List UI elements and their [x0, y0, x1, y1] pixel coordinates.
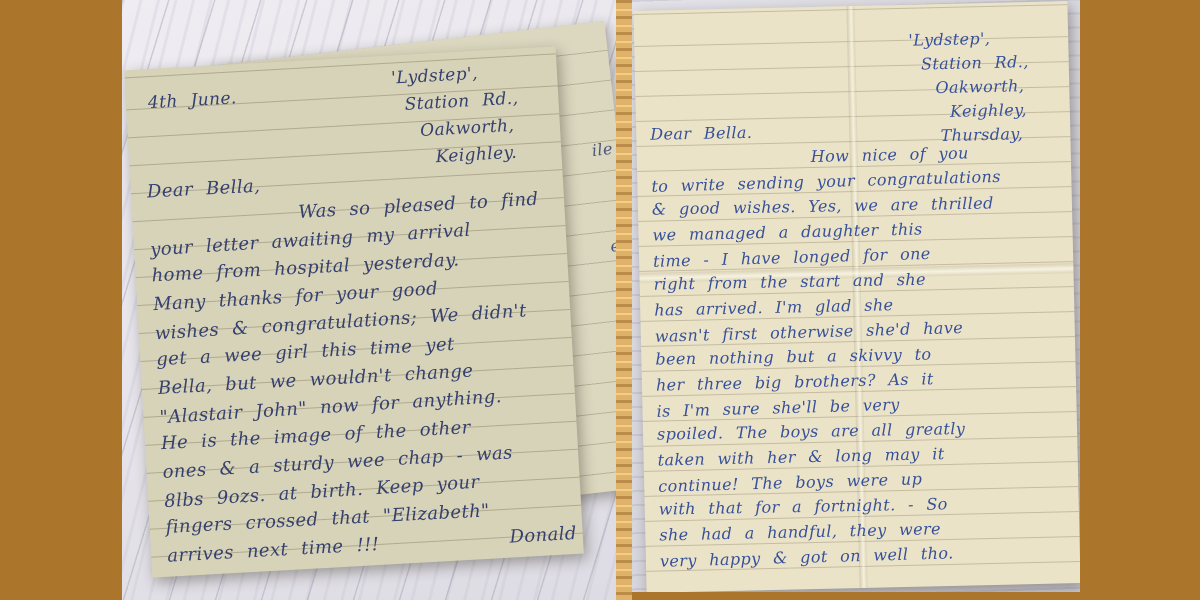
- right-letter-photo: 'Lydstep', Station Rd., Oakworth, Keighl…: [632, 0, 1080, 592]
- letter-body: Dear Bella, Was so pleased to find your …: [146, 157, 577, 571]
- wood-table-gap: [616, 0, 632, 600]
- signature: Donald: [509, 520, 578, 552]
- address-line: Oakworth,: [935, 74, 1029, 100]
- address-line: 'Lydstep',: [908, 26, 1028, 53]
- sender-address: 'Lydstep', Station Rd., Oakworth, Keighl…: [391, 59, 523, 174]
- letters-collage: { "colors": { "ink_left": "#35406e", "in…: [0, 0, 1200, 600]
- letter-page-one: 4th June. 'Lydstep', Station Rd., Oakwor…: [124, 46, 584, 577]
- page-two-fragment: e.: [609, 235, 616, 256]
- left-letter-photo: ile e. t ip 4th June. 'Lydstep', Station…: [122, 0, 616, 600]
- letter-date: 4th June.: [147, 88, 237, 113]
- letter-body: Dear Bella. How nice of you to write sen…: [650, 113, 1074, 572]
- address-line: Station Rd.,: [921, 50, 1029, 76]
- letter-page: 'Lydstep', Station Rd., Oakworth, Keighl…: [633, 1, 1080, 592]
- page-two-fragment: ile: [591, 139, 614, 160]
